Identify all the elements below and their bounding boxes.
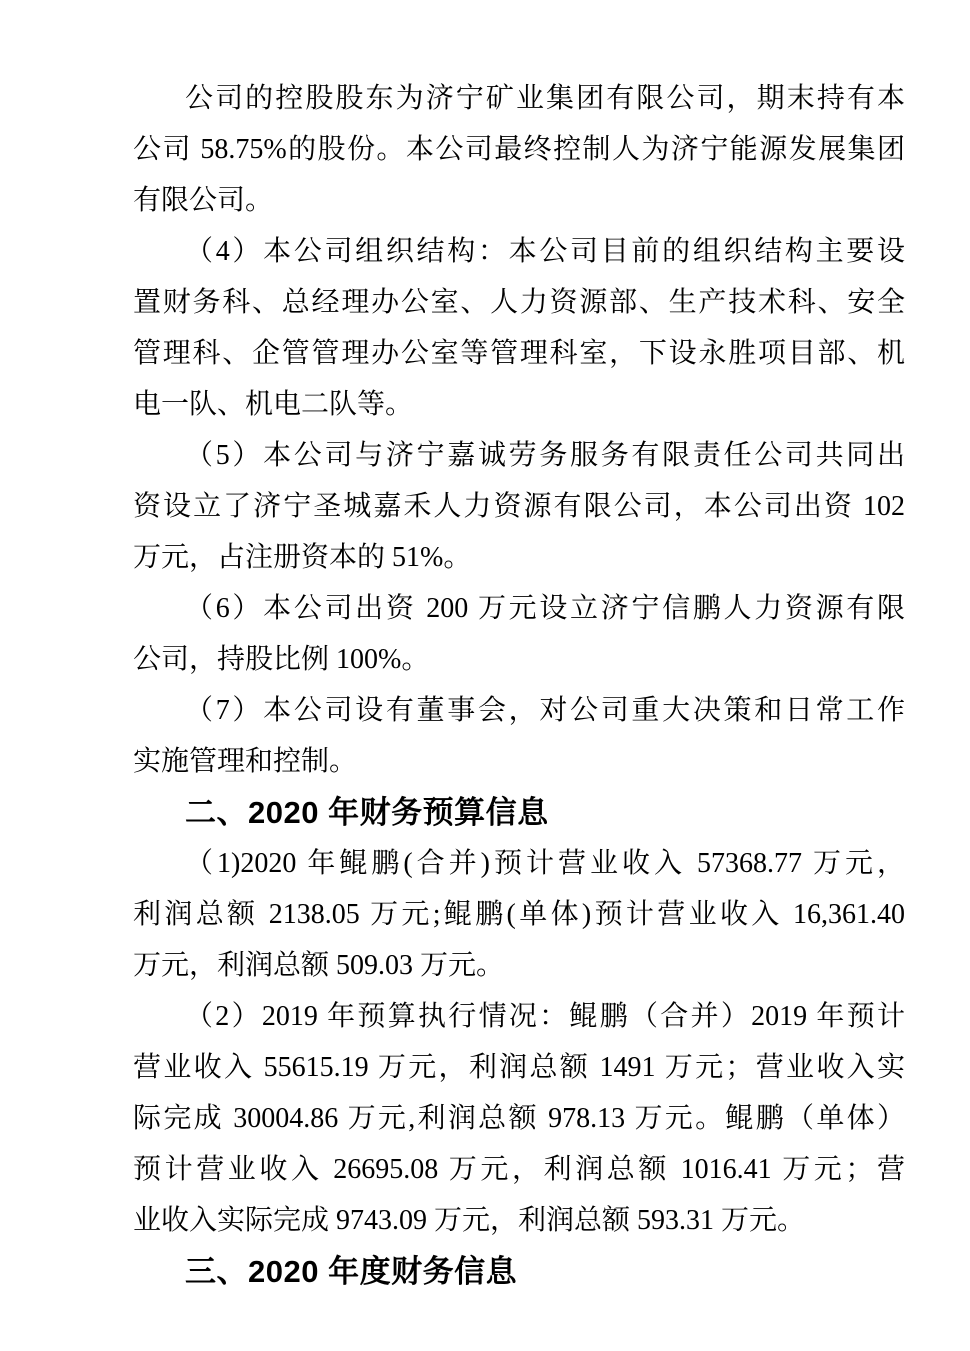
heading-text: 二、2020 年财务预算信息 bbox=[133, 787, 905, 838]
section-heading: 三、2020 年度财务信息 bbox=[133, 1246, 905, 1297]
text-line: 置财务科、总经理办公室、人力资源部、生产技术科、安全 bbox=[133, 277, 905, 328]
text-line: 公司的控股股东为济宁矿业集团有限公司，期末持有本 bbox=[133, 73, 905, 124]
paragraph: （2）2019 年预算执行情况：鲲鹏（合并）2019 年预计营业收入 55615… bbox=[133, 991, 905, 1246]
text-line: （1)2020 年鲲鹏(合并)预计营业收入 57368.77 万元， bbox=[133, 838, 905, 889]
document-page: 公司的控股股东为济宁矿业集团有限公司，期末持有本公司 58.75%的股份。本公司… bbox=[0, 0, 970, 1351]
text-line: 际完成 30004.86 万元,利润总额 978.13 万元。鲲鹏（单体） bbox=[133, 1093, 905, 1144]
text-line: 万元，利润总额 509.03 万元。 bbox=[133, 940, 905, 991]
heading-text: 三、2020 年度财务信息 bbox=[133, 1246, 905, 1297]
paragraph: （5）本公司与济宁嘉诚劳务服务有限责任公司共同出资设立了济宁圣城嘉禾人力资源有限… bbox=[133, 430, 905, 583]
text-line: （7）本公司设有董事会，对公司重大决策和日常工作 bbox=[133, 685, 905, 736]
text-line: 业收入实际完成 9743.09 万元，利润总额 593.31 万元。 bbox=[133, 1195, 905, 1246]
text-line: 电一队、机电二队等。 bbox=[133, 379, 905, 430]
text-line: 有限公司。 bbox=[133, 175, 905, 226]
text-line: 公司 58.75%的股份。本公司最终控制人为济宁能源发展集团 bbox=[133, 124, 905, 175]
text-line: （5）本公司与济宁嘉诚劳务服务有限责任公司共同出 bbox=[133, 430, 905, 481]
paragraph: 公司的控股股东为济宁矿业集团有限公司，期末持有本公司 58.75%的股份。本公司… bbox=[133, 73, 905, 226]
paragraph: （1)2020 年鲲鹏(合并)预计营业收入 57368.77 万元，利润总额 2… bbox=[133, 838, 905, 991]
text-line: 管理科、企管管理办公室等管理科室，下设永胜项目部、机 bbox=[133, 328, 905, 379]
text-line: （6）本公司出资 200 万元设立济宁信鹏人力资源有限 bbox=[133, 583, 905, 634]
section-heading: 二、2020 年财务预算信息 bbox=[133, 787, 905, 838]
text-line: 营业收入 55615.19 万元，利润总额 1491 万元；营业收入实 bbox=[133, 1042, 905, 1093]
text-line: 利润总额 2138.05 万元;鲲鹏(单体)预计营业收入 16,361.40 bbox=[133, 889, 905, 940]
text-line: （4）本公司组织结构：本公司目前的组织结构主要设 bbox=[133, 226, 905, 277]
text-line: 万元，占注册资本的 51%。 bbox=[133, 532, 905, 583]
text-line: 预计营业收入 26695.08 万元，利润总额 1016.41 万元；营 bbox=[133, 1144, 905, 1195]
paragraph: （7）本公司设有董事会，对公司重大决策和日常工作实施管理和控制。 bbox=[133, 685, 905, 787]
text-line: 资设立了济宁圣城嘉禾人力资源有限公司，本公司出资 102 bbox=[133, 481, 905, 532]
text-line: （2）2019 年预算执行情况：鲲鹏（合并）2019 年预计 bbox=[133, 991, 905, 1042]
document-content: 公司的控股股东为济宁矿业集团有限公司，期末持有本公司 58.75%的股份。本公司… bbox=[133, 73, 905, 1297]
paragraph: （6）本公司出资 200 万元设立济宁信鹏人力资源有限公司，持股比例 100%。 bbox=[133, 583, 905, 685]
text-line: 实施管理和控制。 bbox=[133, 736, 905, 787]
text-line: 公司，持股比例 100%。 bbox=[133, 634, 905, 685]
paragraph: （4）本公司组织结构：本公司目前的组织结构主要设置财务科、总经理办公室、人力资源… bbox=[133, 226, 905, 430]
